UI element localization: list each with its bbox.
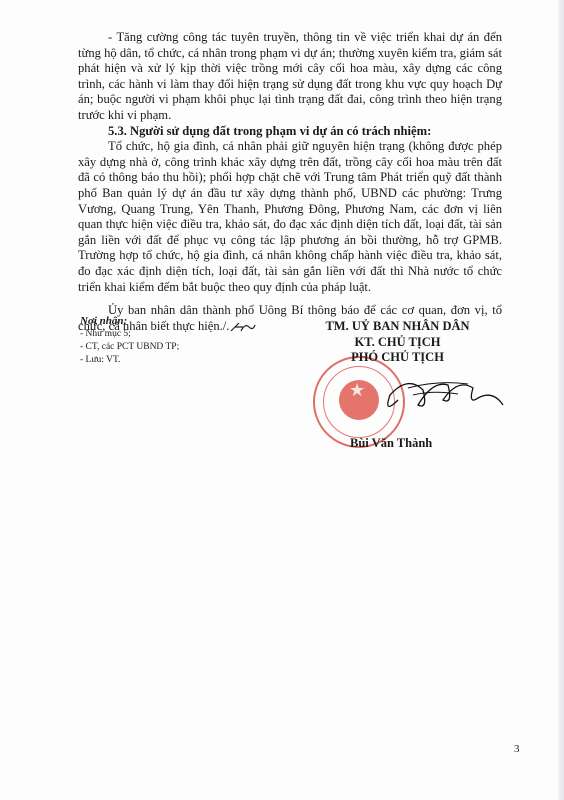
recipient-item: - Như mục 5; [80,328,179,341]
page-edge [558,0,564,800]
signature-block: TM. UỶ BAN NHÂN DÂN KT. CHỦ TỊCH PHÓ CHỦ… [290,319,505,366]
page-number: 3 [514,743,520,755]
initials-icon [229,321,257,333]
sign-title: PHÓ CHỦ TỊCH [290,350,505,366]
document-body: - Tăng cường công tác tuyên truyền, thôn… [78,30,502,334]
section-heading-5-3: 5.3. Người sử dụng đất trong phạm vi dự … [78,124,502,140]
paragraph-land-users-duty: Tổ chức, hộ gia đình, cá nhân phải giữ n… [78,139,502,295]
paragraph-propaganda: - Tăng cường công tác tuyên truyền, thôn… [78,30,502,124]
recipients-list: Nơi nhận: - Như mục 5; - CT, các PCT UBN… [80,314,179,366]
recipients-title: Nơi nhận: [80,314,179,328]
document-page: - Tăng cường công tác tuyên truyền, thôn… [0,0,558,800]
handwritten-signature-icon [378,370,508,420]
sign-authority: KT. CHỦ TỊCH [290,335,505,351]
recipient-item: - Lưu: VT. [80,354,179,367]
sign-org: TM. UỶ BAN NHÂN DÂN [290,319,505,335]
star-icon: ★ [349,380,365,400]
signer-name: Bùi Văn Thành [350,436,432,451]
recipient-item: - CT, các PCT UBND TP; [80,341,179,354]
